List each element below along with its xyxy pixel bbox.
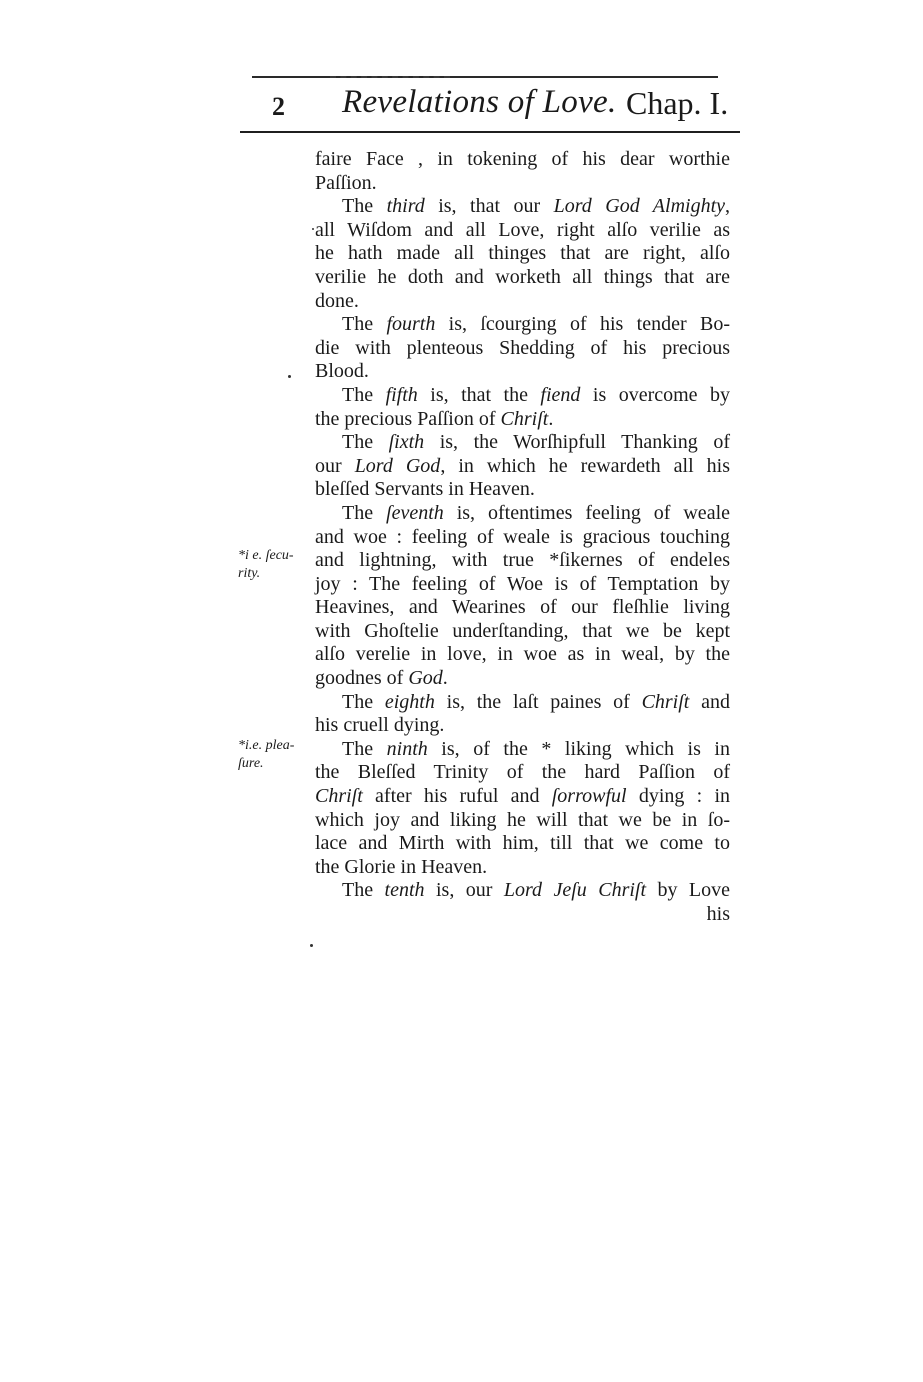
margin-note-line: ſure. xyxy=(238,755,294,773)
text-line: alſo verelie in love, in woe as in weal,… xyxy=(315,643,730,667)
text-line: The ninth is, of the * liking which is i… xyxy=(315,738,730,762)
text-line: he hath made all thinges that are right,… xyxy=(315,242,730,266)
running-title: Revelations of Love. xyxy=(342,84,617,121)
text-line: goodnes of God. xyxy=(315,667,730,691)
margin-note-line: *i.e. plea- xyxy=(238,737,294,755)
margin-note-pleasure: *i.e. plea- ſure. xyxy=(238,737,294,773)
top-rule-broken xyxy=(330,76,450,78)
chapter-label: Chap. I. xyxy=(626,85,728,122)
text-line: joy : The feeling of Woe is of Temptatio… xyxy=(315,573,730,597)
text-line: and lightning, with true *ſikernes of en… xyxy=(315,549,730,573)
text-line: done. xyxy=(315,290,730,314)
text-line: Chriſt after his ruful and ſorrowful dyi… xyxy=(315,785,730,809)
ink-speck xyxy=(288,375,291,378)
text-line: The third is, that our Lord God Almighty… xyxy=(315,195,730,219)
text-line: Paſſion. xyxy=(315,172,730,196)
top-rule xyxy=(252,76,718,78)
margin-note-line: rity. xyxy=(238,565,294,583)
text-line: bleſſed Servants in Heaven. xyxy=(315,478,730,502)
text-line: our Lord God, in which he rewardeth all … xyxy=(315,455,730,479)
text-line: faire Face , in tokening of his dear wor… xyxy=(315,148,730,172)
text-line: with Ghoſtelie underſtanding, that we be… xyxy=(315,620,730,644)
text-line: his cruell dying. xyxy=(315,714,730,738)
ink-speck xyxy=(312,228,314,230)
text-line: Heavines, and Wearines of our fleſhlie l… xyxy=(315,596,730,620)
book-page: 2 Revelations of Love. Chap. I. *i e. ſe… xyxy=(0,0,923,1382)
text-line: and woe : feeling of weale is gracious t… xyxy=(315,526,730,550)
text-line: the Bleſſed Trinity of the hard Paſſion … xyxy=(315,761,730,785)
page-number: 2 xyxy=(272,92,285,122)
text-line: The eighth is, the laſt paines of Chriſt… xyxy=(315,691,730,715)
running-head: 2 Revelations of Love. Chap. I. xyxy=(242,84,742,128)
text-line: Blood. xyxy=(315,360,730,384)
text-line: all Wiſdom and all Love, right alſo veri… xyxy=(315,219,730,243)
text-line: The ſeventh is, oftentimes feeling of we… xyxy=(315,502,730,526)
margin-note-security: *i e. ſecu- rity. xyxy=(238,547,294,583)
text-line: die with plenteous Shedding of his preci… xyxy=(315,337,730,361)
text-line: The ſixth is, the Worſhipfull Thanking o… xyxy=(315,431,730,455)
ink-speck xyxy=(310,944,313,947)
margin-note-line: *i e. ſecu- xyxy=(238,547,294,565)
text-line: verilie he doth and worketh all things t… xyxy=(315,266,730,290)
text-line: The fourth is, ſcourging of his tender B… xyxy=(315,313,730,337)
text-line: The fifth is, that the fiend is overcome… xyxy=(315,384,730,408)
text-line: lace and Mirth with him, till that we co… xyxy=(315,832,730,856)
text-line: the Glorie in Heaven. xyxy=(315,856,730,880)
text-line: his xyxy=(315,903,730,927)
text-line: The tenth is, our Lord Jeſu Chriſt by Lo… xyxy=(315,879,730,903)
head-rule xyxy=(240,131,740,133)
body-text: faire Face , in tokening of his dear wor… xyxy=(315,148,730,927)
text-line: which joy and liking he will that we be … xyxy=(315,809,730,833)
text-line: the precious Paſſion of Chriſt. xyxy=(315,408,730,432)
